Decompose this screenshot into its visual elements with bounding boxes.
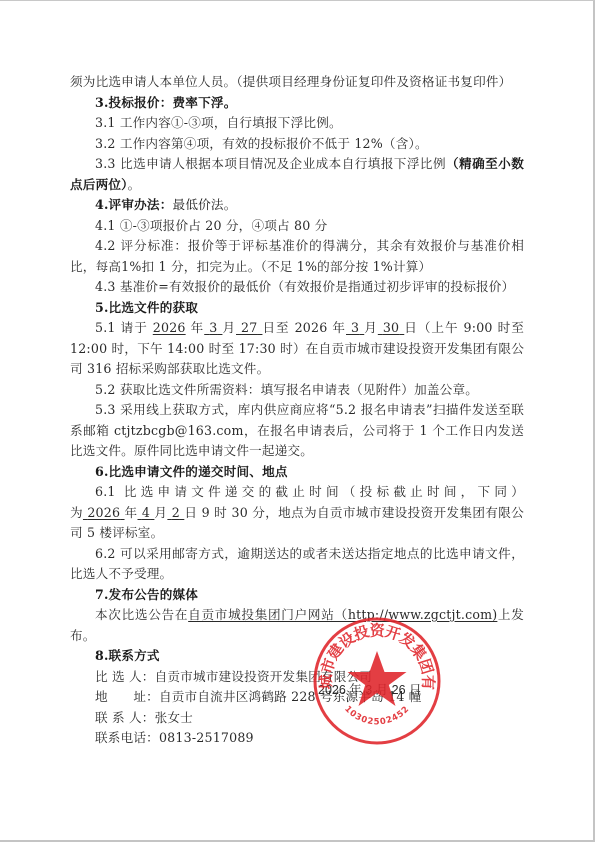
section-4-item-3: 4.3 基准价=有效报价的最低价（有效报价是指通过初步评审的投标报价） <box>70 277 524 298</box>
contact-label: 联 系 人： <box>95 710 155 725</box>
section-5-item-2: 5.2 获取比选文件所需资料：填写报名申请表（见附件）加盖公章。 <box>70 380 524 401</box>
item-text: 3.3 比选申请人根据本项目情况及企业成本自行填报下浮比例 <box>95 156 446 171</box>
section-6-item-2: 6.2 可以采用邮寄方式，逾期送达的或者未送达指定地点的比选申请文件，比选人不予… <box>70 544 524 585</box>
heading-value: 最低价法。 <box>173 197 237 212</box>
month-label: 月 <box>154 505 167 520</box>
deadline-month-value: 4 <box>142 505 150 520</box>
contact-row-phone: 联系电话：0813-2517089 <box>70 728 524 749</box>
section-8-heading: 8.联系方式 <box>70 646 524 667</box>
document-body: 须为比选申请人本单位人员。（提供项目经理身份证复印件及资格证书复印件） 3.投标… <box>70 72 524 749</box>
end-month: 3 <box>346 320 364 335</box>
end-month-value: 3 <box>351 320 359 335</box>
deadline-year: 2026 <box>83 505 125 520</box>
year-label: 年 <box>191 320 205 335</box>
section-3-item-3: 3.3 比选申请人根据本项目情况及企业成本自行填报下浮比例（精确至小数点后两位）… <box>70 154 524 195</box>
section-5-heading: 5.比选文件的获取 <box>70 298 524 319</box>
contact-row-address: 地 址：自贡市自流井区鸿鹤路 228 号东源半岛 14 幢 <box>70 687 524 708</box>
item-text: 5.1 请于 <box>95 320 148 335</box>
punctuation: 。 <box>128 177 141 192</box>
deadline-month: 4 <box>137 505 154 520</box>
section-7-text: 本次比选公告在自贡市城投集团门户网站（http://www.zgctjt.com… <box>70 605 524 646</box>
section-6-item-1: 6.1 比选申请文件递交的截止时间（投标截止时间，下同）为 2026 年 4 月… <box>70 482 524 544</box>
section-5-item-1: 5.1 请于 2026 年 3 月 27 日至 2026 年 3 月 30 日（… <box>70 318 524 380</box>
section-3-item-2: 3.2 工作内容第④项，有效的投标报价不低于 12%（含）。 <box>70 134 524 155</box>
year-label: 年 <box>125 505 138 520</box>
continuation-text: 须为比选申请人本单位人员。（提供项目经理身份证复印件及资格证书复印件） <box>70 72 524 93</box>
contact-label: 地 址： <box>95 689 159 704</box>
section-6-heading: 6.比选申请文件的递交时间、地点 <box>70 462 524 483</box>
section-4-item-2: 4.2 评分标准：报价等于评标基准价的得满分，其余有效报价与基准价相比，每高1%… <box>70 236 524 277</box>
section-4-item-1: 4.1 ①-③项报价占 20 分，④项占 80 分 <box>70 216 524 237</box>
start-month: 3 <box>204 320 222 335</box>
section-4-heading: 4.评审办法：最低价法。 <box>70 195 524 216</box>
start-month-value: 3 <box>209 320 217 335</box>
section-3-item-1: 3.1 工作内容①-③项，自行填报下浮比例。 <box>70 113 524 134</box>
month-label: 月 <box>364 320 378 335</box>
deadline-day-value: 2 <box>172 505 180 520</box>
item-text: 本次比选公告在 <box>95 607 188 622</box>
contact-value: 张女士 <box>155 710 193 725</box>
contact-label: 联系电话： <box>95 730 159 745</box>
heading-label: 4.评审办法： <box>95 197 173 212</box>
start-day: 27 <box>236 320 262 335</box>
start-day-value: 27 <box>241 320 257 335</box>
contact-label: 比 选 人： <box>95 669 155 684</box>
contact-row-bidder: 比 选 人：自贡市城市建设投资开发集团有限公司 <box>70 667 524 688</box>
end-day: 30 <box>378 320 404 335</box>
item-text: 日至 2026 年 <box>262 320 346 335</box>
month-label: 月 <box>222 320 236 335</box>
end-day-value: 30 <box>383 320 399 335</box>
section-7-heading: 7.发布公告的媒体 <box>70 585 524 606</box>
deadline-year-value: 2026 <box>87 505 120 520</box>
deadline-day: 2 <box>167 505 184 520</box>
section-3-heading: 3.投标报价：费率下浮。 <box>70 93 524 114</box>
company-seal-icon: 自贡市城市建设投资开发集团有限公司 5103025024523 <box>311 615 443 747</box>
contact-row-person: 联 系 人：张女士 <box>70 708 524 729</box>
start-year: 2026 <box>153 320 186 335</box>
contact-value: 0813-2517089 <box>159 730 254 745</box>
section-5-item-3: 5.3 采用线上获取方式，库内供应商应将“5.2 报名申请表”扫描件发送至联系邮… <box>70 400 524 462</box>
